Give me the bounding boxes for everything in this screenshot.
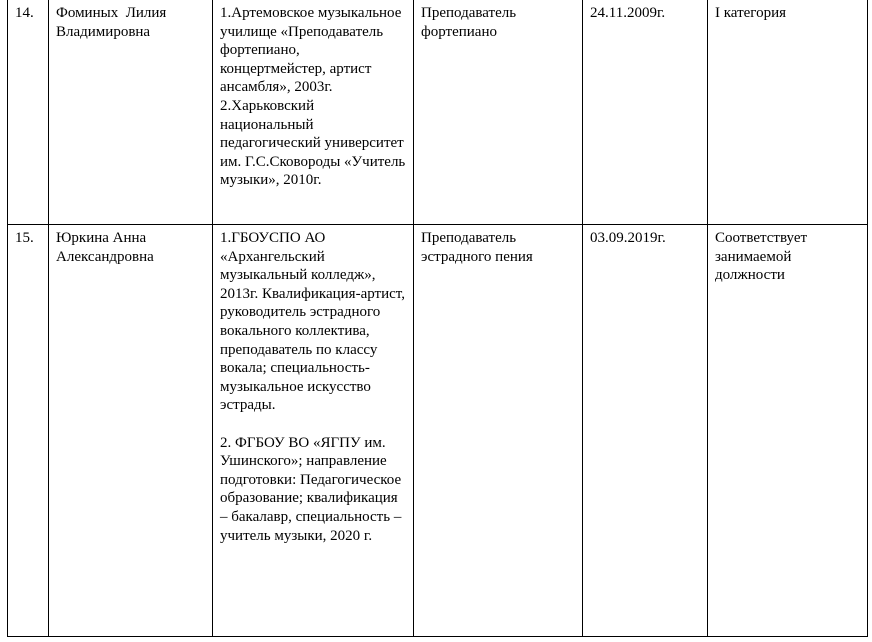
education-entry: 1.ГБОУСПО АО «Архангельский музыкальный … (220, 229, 407, 415)
education-entry: 1.Артемовское музыкальное училище «Препо… (220, 4, 407, 97)
education-cell: 1.Артемовское музыкальное училище «Препо… (213, 0, 414, 225)
paragraph-spacer (220, 415, 407, 434)
staff-table: 14. Фоминых Лилия Владимировна 1.Артемов… (7, 0, 868, 637)
category-cell: I категория (708, 0, 868, 225)
date-cell: 24.11.2009г. (583, 0, 708, 225)
position-cell: Преподаватель фортепиано (414, 0, 583, 225)
full-name-cell: Фоминых Лилия Владимировна (49, 0, 213, 225)
position-cell: Преподаватель эстрадного пения (414, 225, 583, 637)
education-entry: 2. ФГБОУ ВО «ЯГПУ им. Ушинского»; направ… (220, 434, 407, 546)
row-number-cell: 15. (8, 225, 49, 637)
education-entry: 2.Харьковский национальный педагогически… (220, 97, 407, 190)
category-cell: Соответствует занимаемой должности (708, 225, 868, 637)
education-cell: 1.ГБОУСПО АО «Архангельский музыкальный … (213, 225, 414, 637)
date-cell: 03.09.2019г. (583, 225, 708, 637)
row-number-cell: 14. (8, 0, 49, 225)
full-name-cell: Юркина Анна Александровна (49, 225, 213, 637)
table-row: 15. Юркина Анна Александровна 1.ГБОУСПО … (8, 225, 868, 637)
table-row: 14. Фоминых Лилия Владимировна 1.Артемов… (8, 0, 868, 225)
